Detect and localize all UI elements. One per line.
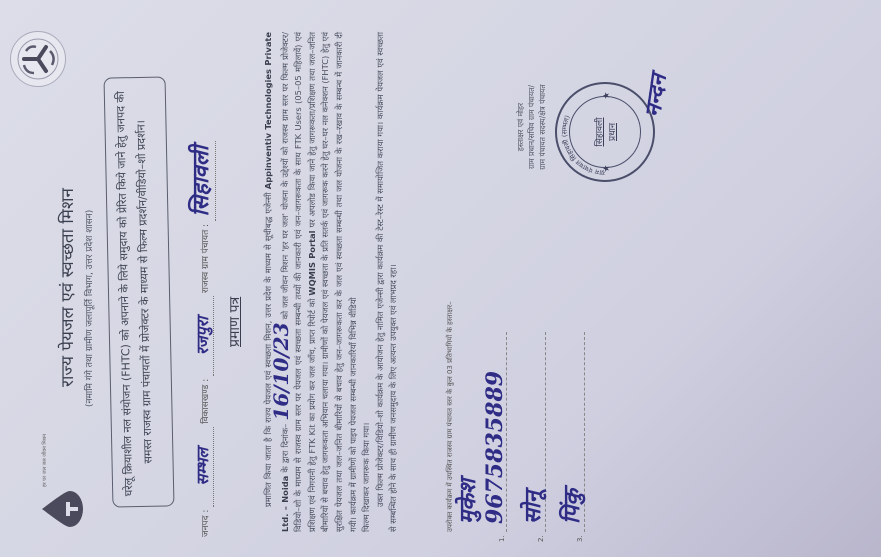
signature-value: पिंकु <box>556 489 586 524</box>
star-icon: ★ <box>602 91 612 99</box>
signature-row: 3. पिंकु <box>548 332 585 532</box>
location-fields: जनपद : सम्भल विकासखण्ड : रजपुरा राजस्व ग… <box>185 17 216 537</box>
participant-signatures: 1. मुकेश 9675835889 2. सोनू 3. पिंकु <box>470 202 587 532</box>
event-date: 16/10/23 <box>269 322 293 420</box>
signature-value: मुकेश 9675835889 <box>452 332 508 524</box>
logo-left-caption: हर घर जल जल जीवन मिशन <box>42 434 49 487</box>
signatory-caption: हस्ताक्षर एवं मोहर ग्राम प्रधान/सचिव ग्र… <box>515 67 548 187</box>
signature-row: 2. सोनू <box>509 332 546 532</box>
program-description-box: घरेलू क्रियाशील नल संयोजन (FHTC) को अपना… <box>104 76 175 507</box>
signature-number: 1. <box>498 535 506 542</box>
signature-number: 3. <box>576 535 584 542</box>
pradhan-signature: नन्दन <box>637 72 673 119</box>
vikaskhand-value: रजपुरा <box>191 296 214 376</box>
signatory-caption-2: ग्राम प्रधान/सचिव ग्राम पंचायत/ <box>526 67 537 187</box>
department-subtitle: (नमामि गंगे तथा ग्रामीण जलापूर्ति विभाग,… <box>82 210 95 407</box>
signatory-caption-3: ग्राम पंचायत सदस्य/क्षेत्र पंचायत <box>537 67 548 187</box>
signatory-caption-1: हस्ताक्षर एवं मोहर <box>515 67 526 187</box>
emblem-icon <box>16 37 60 81</box>
svg-text:ग्राम पंचायत सिहावली (सम्भल): ग्राम पंचायत सिहावली (सम्भल) <box>560 114 605 177</box>
body-text-4: उक्त फिल्म प्रोजेक्टर/विडियो–शो कार्यक्र… <box>374 32 401 532</box>
stamp-ring-text: ग्राम पंचायत सिहावली (सम्भल) <box>560 114 605 177</box>
document-title: प्रमाण पत्र <box>225 297 244 347</box>
signature-number: 2. <box>537 535 545 542</box>
signature-value: सोनू <box>517 491 547 524</box>
mission-emblem <box>10 31 66 87</box>
certificate-document: हर घर जल जल जीवन मिशन राज्य पेयजल एवं स्… <box>0 0 881 557</box>
body-text-3: फिल्म दिखाकर जागरूक किया गया। <box>360 32 374 532</box>
signature-row: 1. मुकेश 9675835889 <box>470 332 507 532</box>
janpad-label: जनपद : <box>201 510 211 537</box>
har-ghar-jal-logo <box>40 489 84 529</box>
water-drop-icon <box>40 489 84 529</box>
portal-name: WQMIS Portal <box>307 231 317 296</box>
star-icon: ★ <box>602 164 612 172</box>
body-date-label: के द्वारा दिनांक– <box>280 424 290 473</box>
gram-panchayat-label: राजस्व ग्राम पंचायत : <box>201 224 211 293</box>
vikaskhand-label: विकासखण्ड : <box>201 379 211 424</box>
certificate-body: प्रमाणित किया जाता है कि राज्य पेयजल एवं… <box>262 32 401 532</box>
janpad-value: सम्भल <box>191 427 214 507</box>
gram-panchayat-value: सिहावली <box>185 141 216 221</box>
mission-title: राज्य पेयजल एवं स्वच्छता मिशन <box>55 188 78 387</box>
